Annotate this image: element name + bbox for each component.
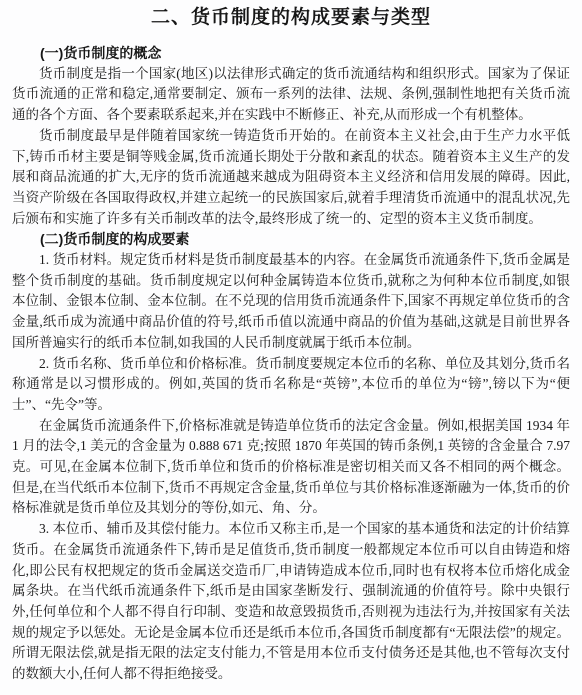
document-content: (一)货币制度的概念 货币制度是指一个国家(地区)以法律形式确定的货币流通结构和… xyxy=(12,43,570,685)
section-1-paragraph-2: 货币制度最早是伴随着国家统一铸造货币开始的。在前资本主义社会,由于生产力水平低下… xyxy=(12,126,570,230)
section-2-heading: (二)货币制度的构成要素 xyxy=(12,229,570,250)
section-2-paragraph-1: 1. 货币材料。规定货币材料是货币制度最基本的内容。在金属货币流通条件下,货币金… xyxy=(12,250,570,354)
page-title: 二、货币制度的构成要素与类型 xyxy=(12,5,570,30)
section-1-paragraph-1: 货币制度是指一个国家(地区)以法律形式确定的货币流通结构和组织形式。国家为了保证… xyxy=(12,64,570,126)
section-2-paragraph-4: 3. 本位币、辅币及其偿付能力。本位币又称主币,是一个国家的基本通货和法定的计价… xyxy=(12,519,570,685)
section-2-paragraph-3: 在金属货币流通条件下,价格标准就是铸造单位货币的法定含金量。例如,根据美国 19… xyxy=(12,416,570,520)
section-1-heading: (一)货币制度的概念 xyxy=(12,43,570,64)
section-2-paragraph-2: 2. 货币名称、货币单位和价格标准。货币制度要规定本位币的名称、单位及其划分,货… xyxy=(12,354,570,416)
document-page: 二、货币制度的构成要素与类型 (一)货币制度的概念 货币制度是指一个国家(地区)… xyxy=(0,0,582,695)
